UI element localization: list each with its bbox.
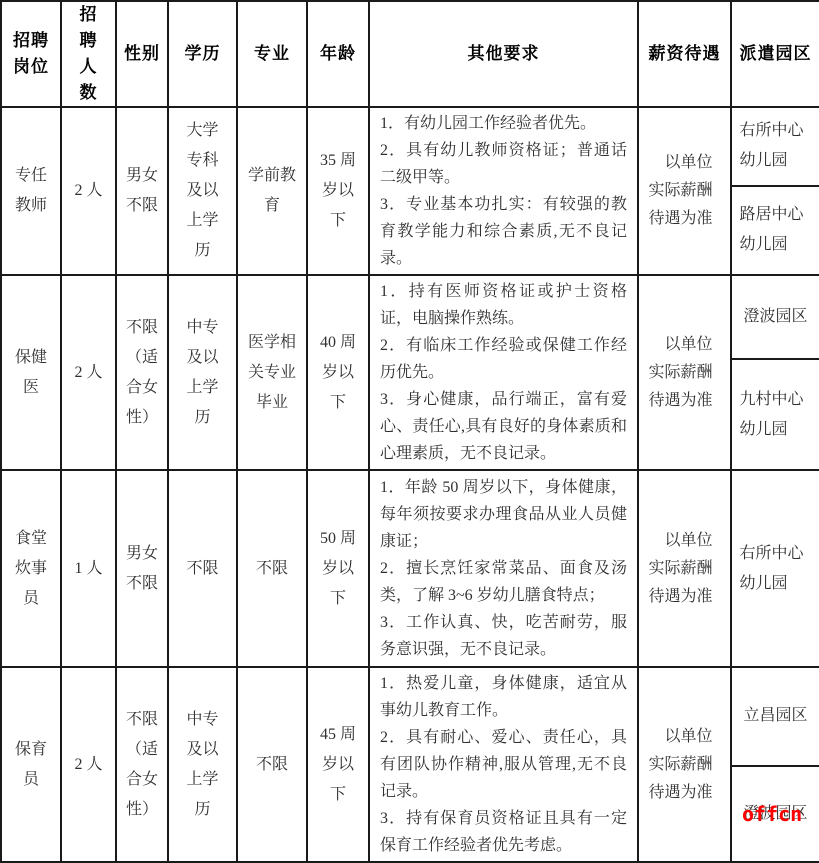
requirement-item: 1．有幼儿园工作经验者优先。 (380, 110, 627, 137)
salary-cell: 以单位实际薪酬待遇为准 (638, 107, 731, 275)
education-cell: 中专及以上学历 (168, 275, 237, 470)
requirement-item: 3．工作认真、快，吃苦耐劳，服务意识强，无不良记录。 (380, 609, 627, 663)
education-cell: 不限 (168, 470, 237, 667)
age-cell: 35 周岁以下 (307, 107, 369, 275)
table-row: 食堂炊事员 1 人 男女不限 不限 不限 50 周岁以下 1．年龄 50 周岁以… (1, 470, 819, 667)
requirement-item: 2．擅长烹饪家常菜品、面食及汤类，了解 3~6 岁幼儿膳食特点； (380, 555, 627, 609)
salary-text: 以单位实际薪酬待遇为准 (649, 331, 721, 415)
count-cell: 1 人 (61, 470, 116, 667)
park-text: 右所中心幼儿园 (740, 116, 812, 176)
salary-cell: 以单位实际薪酬待遇为准 (638, 275, 731, 470)
park-text: 路居中心幼儿园 (740, 200, 812, 260)
park-cell: 右所中心幼儿园 (731, 107, 819, 186)
park-text: 澄波园区 (743, 302, 807, 332)
recruitment-page: 招聘岗位 招聘人数 性别 学历 专业 年龄 其他要求 薪资待遇 派遣园区 专任教… (0, 0, 819, 831)
recruitment-table: 招聘岗位 招聘人数 性别 学历 专业 年龄 其他要求 薪资待遇 派遣园区 专任教… (0, 0, 819, 863)
position-cell: 食堂炊事员 (1, 470, 61, 667)
header-count: 招聘人数 (61, 1, 116, 107)
gender-cell: 不限（适合女性） (116, 275, 168, 470)
park-text: 九村中心幼儿园 (740, 385, 812, 445)
major-cell: 学前教育 (237, 107, 307, 275)
requirements-cell: 1．有幼儿园工作经验者优先。 2．具有幼儿教师资格证；普通话二级甲等。 3．专业… (369, 107, 638, 275)
requirements-cell: 1．热爱儿童，身体健康，适宜从事幼儿教育工作。 2．具有耐心、爱心、责任心，具有… (369, 667, 638, 862)
park-cell: 澄波园区 (731, 275, 819, 359)
gender-cell: 不限（适合女性） (116, 667, 168, 862)
position-cell: 保健医 (1, 275, 61, 470)
count-cell: 2 人 (61, 667, 116, 862)
salary-cell: 以单位实际薪酬待遇为准 (638, 667, 731, 862)
header-row: 招聘岗位 招聘人数 性别 学历 专业 年龄 其他要求 薪资待遇 派遣园区 (1, 1, 819, 107)
gender-cell: 男女不限 (116, 107, 168, 275)
park-text: 右所中心幼儿园 (740, 539, 812, 599)
requirement-item: 2．具有幼儿教师资格证；普通话二级甲等。 (380, 137, 627, 191)
major-cell: 不限 (237, 667, 307, 862)
park-cell: 右所中心幼儿园 (731, 470, 819, 667)
position-cell: 保育员 (1, 667, 61, 862)
position-cell: 专任教师 (1, 107, 61, 275)
park-cell: 路居中心幼儿园 (731, 186, 819, 275)
header-education: 学历 (168, 1, 237, 107)
requirement-item: 3．身心健康，品行端正，富有爱心、责任心,具有良好的身体素质和心理素质，无不良记… (380, 386, 627, 467)
count-cell: 2 人 (61, 107, 116, 275)
requirement-item: 1．热爱儿童，身体健康，适宜从事幼儿教育工作。 (380, 670, 627, 724)
education-cell: 大学专科及以上学历 (168, 107, 237, 275)
major-cell: 医学相关专业毕业 (237, 275, 307, 470)
age-cell: 50 周岁以下 (307, 470, 369, 667)
offcn-watermark: offcn (742, 802, 802, 826)
header-gender: 性别 (116, 1, 168, 107)
major-cell: 不限 (237, 470, 307, 667)
table-row: 专任教师 2 人 男女不限 大学专科及以上学历 学前教育 35 周岁以下 1．有… (1, 107, 819, 186)
requirements-cell: 1．年龄 50 周岁以下，身体健康，每年须按要求办理食品从业人员健康证； 2．擅… (369, 470, 638, 667)
park-cell: 立昌园区 (731, 667, 819, 766)
header-salary: 薪资待遇 (638, 1, 731, 107)
header-age: 年龄 (307, 1, 369, 107)
gender-cell: 男女不限 (116, 470, 168, 667)
header-requirements: 其他要求 (369, 1, 638, 107)
requirement-item: 2．有临床工作经验或保健工作经历优先。 (380, 332, 627, 386)
requirement-item: 1．年龄 50 周岁以下，身体健康，每年须按要求办理食品从业人员健康证； (380, 474, 627, 555)
salary-text: 以单位实际薪酬待遇为准 (649, 527, 721, 611)
park-cell: 九村中心幼儿园 (731, 359, 819, 470)
salary-text: 以单位实际薪酬待遇为准 (649, 149, 721, 233)
header-park: 派遣园区 (731, 1, 819, 107)
table-row: 保育员 2 人 不限（适合女性） 中专及以上学历 不限 45 周岁以下 1．热爱… (1, 667, 819, 766)
park-text: 立昌园区 (743, 701, 807, 731)
requirement-item: 3．专业基本功扎实：有较强的教育教学能力和综合素质,无不良记录。 (380, 191, 627, 272)
requirements-cell: 1．持有医师资格证或护士资格证，电脑操作熟练。 2．有临床工作经验或保健工作经历… (369, 275, 638, 470)
education-cell: 中专及以上学历 (168, 667, 237, 862)
header-major: 专业 (237, 1, 307, 107)
salary-text: 以单位实际薪酬待遇为准 (649, 723, 721, 807)
age-cell: 40 周岁以下 (307, 275, 369, 470)
requirement-item: 1．持有医师资格证或护士资格证，电脑操作熟练。 (380, 278, 627, 332)
table-row: 保健医 2 人 不限（适合女性） 中专及以上学历 医学相关专业毕业 40 周岁以… (1, 275, 819, 359)
salary-cell: 以单位实际薪酬待遇为准 (638, 470, 731, 667)
header-position: 招聘岗位 (1, 1, 61, 107)
requirement-item: 2．具有耐心、爱心、责任心，具有团队协作精神,服从管理,无不良记录。 (380, 724, 627, 805)
age-cell: 45 周岁以下 (307, 667, 369, 862)
count-cell: 2 人 (61, 275, 116, 470)
requirement-item: 3．持有保育员资格证且具有一定保育工作经验者优先考虑。 (380, 805, 627, 859)
